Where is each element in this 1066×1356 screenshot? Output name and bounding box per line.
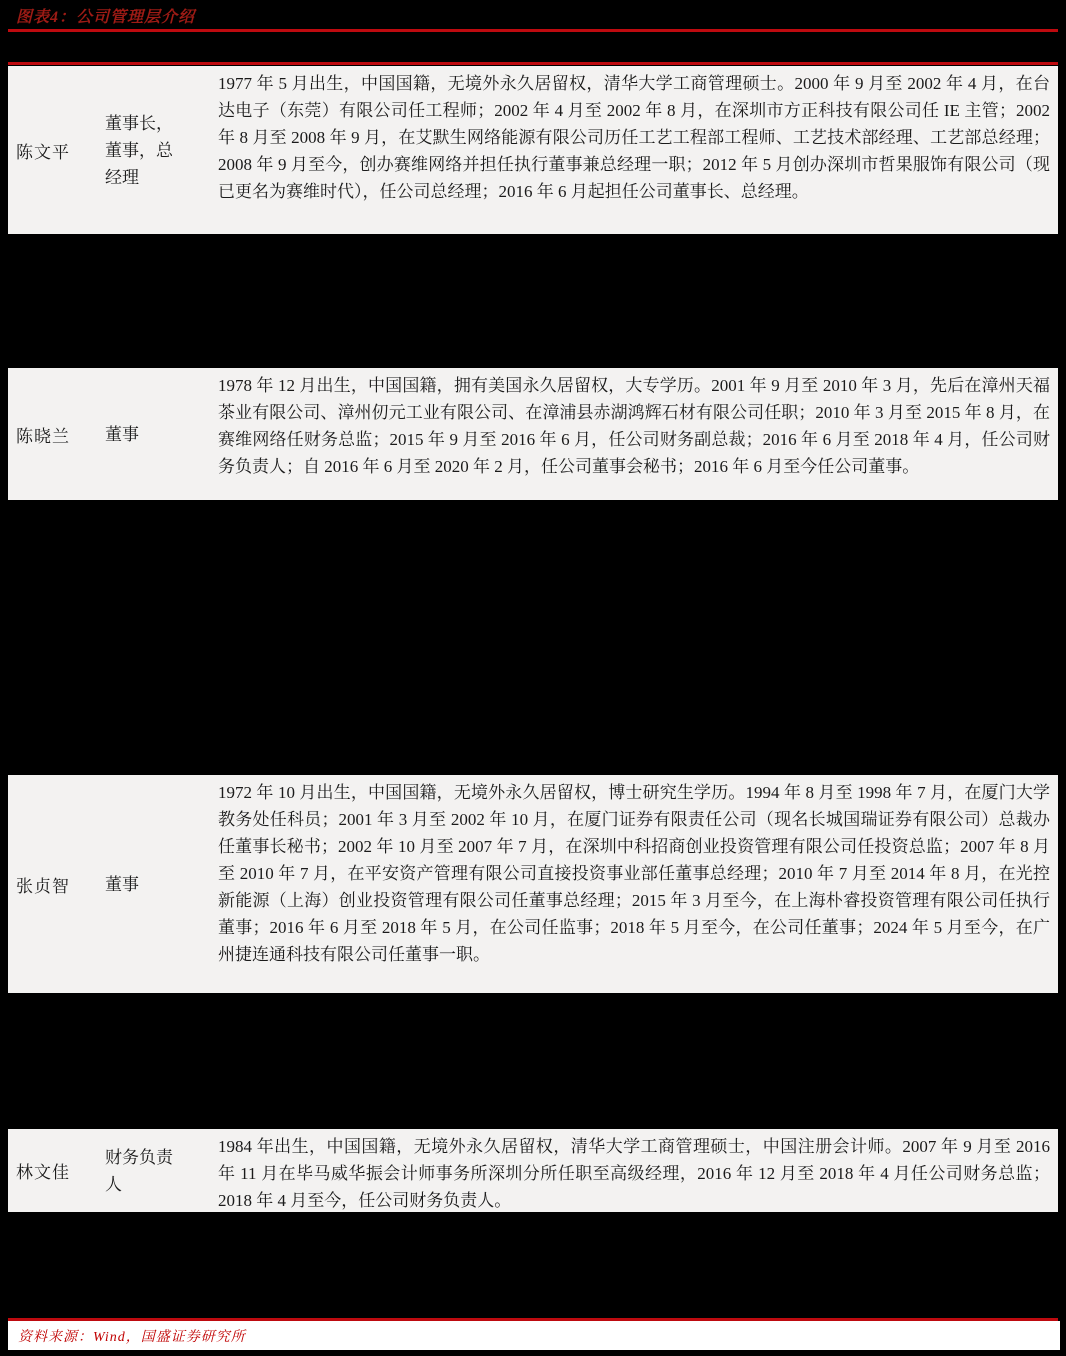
name-cell: 林文佳	[16, 1129, 100, 1212]
bio-cell: 1984 年出生，中国国籍，无境外永久居留权，清华大学工商管理硕士，中国注册会计…	[218, 1133, 1050, 1212]
position-cell: 董事	[105, 775, 189, 993]
bio-cell: 1978 年 12 月出生，中国国籍，拥有美国永久居留权，大专学历。2001 年…	[218, 372, 1050, 480]
position-cell: 董事	[105, 368, 189, 500]
divider-header	[8, 62, 1058, 65]
position-cell: 董事长，董事，总经理	[105, 66, 189, 234]
table-row: 陈晓兰 董事 1978 年 12 月出生，中国国籍，拥有美国永久居留权，大专学历…	[8, 368, 1058, 500]
bio-cell: 1977 年 5 月出生，中国国籍，无境外永久居留权，清华大学工商管理硕士。20…	[218, 70, 1050, 205]
figure-title: 图表4：公司管理层介绍	[16, 4, 195, 27]
name-cell: 陈文平	[16, 66, 100, 234]
name-cell: 陈晓兰	[16, 368, 100, 500]
name-cell: 张贞智	[16, 775, 100, 993]
bio-cell: 1972 年 10 月出生，中国国籍，无境外永久居留权，博士研究生学历。1994…	[218, 779, 1050, 968]
table-row: 陈文平 董事长，董事，总经理 1977 年 5 月出生，中国国籍，无境外永久居留…	[8, 66, 1058, 234]
table-header-row: 姓名 职务 背景简介	[8, 33, 1058, 62]
table-row: 林文佳 财务负责人 1984 年出生，中国国籍，无境外永久居留权，清华大学工商管…	[8, 1129, 1058, 1212]
position-cell: 财务负责人	[105, 1129, 189, 1212]
source-note: 资料来源：Wind，国盛证券研究所	[18, 1326, 246, 1346]
table-row: 张贞智 董事 1972 年 10 月出生，中国国籍，无境外永久居留权，博士研究生…	[8, 775, 1058, 993]
divider-top	[8, 29, 1058, 32]
